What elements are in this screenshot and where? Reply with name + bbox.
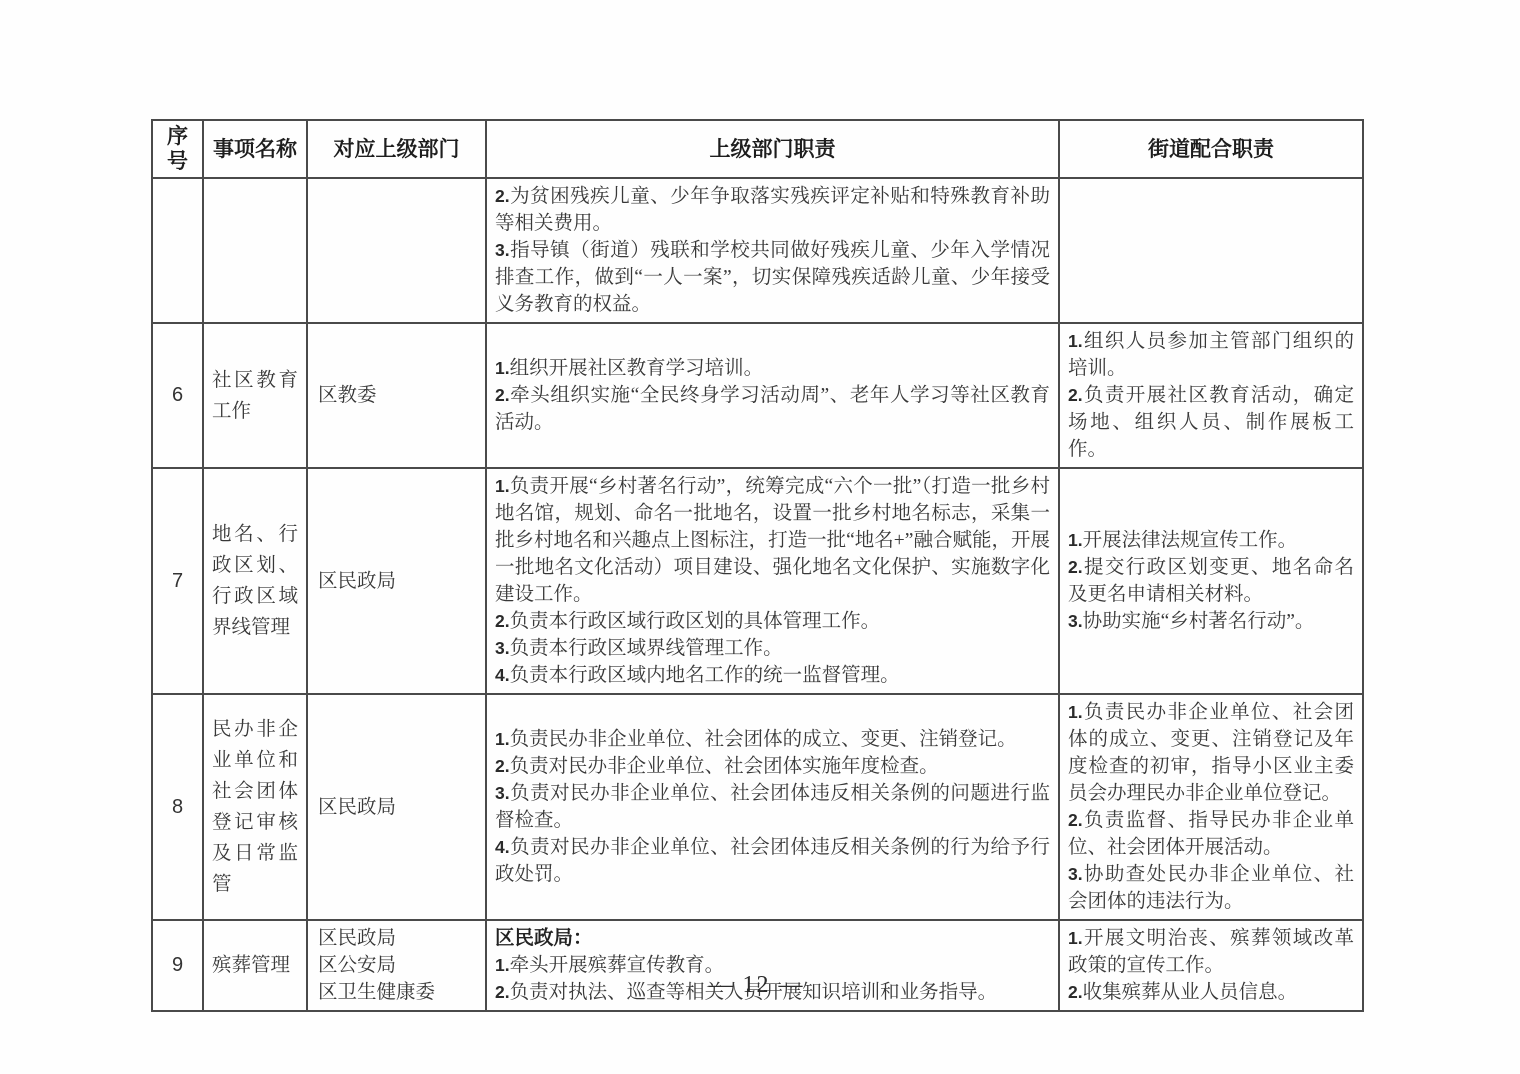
superior-duty-item: 1.负责民办非企业单位、社会团体的成立、变更、注销登记。	[495, 726, 1050, 753]
department-name: 区民政局	[318, 794, 475, 821]
street-duty-item: 3.协助查处民办非企业单位、社会团体的违法行为。	[1068, 861, 1354, 915]
department-name: 区教委	[318, 382, 475, 409]
duties-table: 序号 事项名称 对应上级部门 上级部门职责 街道配合职责 2.为贫困残疾儿童、少…	[151, 119, 1364, 1012]
column-header-street-duties: 街道配合职责	[1059, 120, 1363, 178]
duty-number: 1.	[1068, 928, 1083, 948]
superior-duty-item: 3.负责本行政区域界线管理工作。	[495, 635, 1050, 662]
cell-item-name	[203, 178, 307, 323]
superior-duty-item: 2.为贫困残疾儿童、少年争取落实残疾评定补贴和特殊教育补助等相关费用。	[495, 183, 1050, 237]
street-duty-item: 1.开展文明治丧、殡葬领域改革政策的宣传工作。	[1068, 925, 1354, 979]
duty-number: 1.	[495, 729, 510, 749]
street-duty-item: 3.协助实施“乡村著名行动”。	[1068, 608, 1354, 635]
column-header-item-name: 事项名称	[203, 120, 307, 178]
street-duty-item: 1.组织人员参加主管部门组织的培训。	[1068, 328, 1354, 382]
cell-street-duties: 1.组织人员参加主管部门组织的培训。2.负责开展社区教育活动，确定场地、组织人员…	[1059, 323, 1363, 468]
duty-number: 3.	[1068, 611, 1083, 631]
cell-seq: 6	[152, 323, 203, 468]
duty-number: 2.	[1068, 810, 1083, 830]
table-header-row: 序号 事项名称 对应上级部门 上级部门职责 街道配合职责	[152, 120, 1363, 178]
table-row: 7地名、行政区划、行政区域界线管理区民政局1.负责开展“乡村著名行动”，统筹完成…	[152, 468, 1363, 694]
duty-number: 2.	[495, 385, 510, 405]
page-number: — 12 —	[709, 972, 805, 998]
cell-superior-duties: 1.组织开展社区教育学习培训。2.牵头组织实施“全民终身学习活动周”、老年人学习…	[486, 323, 1059, 468]
duty-number: 3.	[495, 240, 510, 260]
cell-superior-dept: 区教委	[307, 323, 486, 468]
superior-duty-item: 2.负责对民办非企业单位、社会团体实施年度检查。	[495, 753, 1050, 780]
duty-number: 2.	[1068, 385, 1083, 405]
department-name: 区民政局	[318, 568, 475, 595]
duty-number: 1.	[495, 358, 510, 378]
duty-number: 2.	[495, 611, 510, 631]
table-row: 2.为贫困残疾儿童、少年争取落实残疾评定补贴和特殊教育补助等相关费用。3.指导镇…	[152, 178, 1363, 323]
duty-number: 2.	[495, 186, 510, 206]
cell-seq: 8	[152, 694, 203, 920]
duty-number: 1.	[1068, 331, 1083, 351]
table-row: 6社区教育工作区教委1.组织开展社区教育学习培训。2.牵头组织实施“全民终身学习…	[152, 323, 1363, 468]
cell-superior-duties: 2.为贫困残疾儿童、少年争取落实残疾评定补贴和特殊教育补助等相关费用。3.指导镇…	[486, 178, 1059, 323]
cell-seq: 7	[152, 468, 203, 694]
cell-street-duties	[1059, 178, 1363, 323]
column-header-superior-dept: 对应上级部门	[307, 120, 486, 178]
superior-duty-item: 3.指导镇（街道）残联和学校共同做好残疾儿童、少年入学情况排查工作，做到“一人一…	[495, 237, 1050, 318]
duty-number: 1.	[1068, 702, 1083, 722]
department-name: 区民政局	[318, 925, 475, 952]
duty-number: 2.	[495, 756, 510, 776]
cell-superior-duties: 1.负责开展“乡村著名行动”，统筹完成“六个一批”（打造一批乡村地名馆，规划、命…	[486, 468, 1059, 694]
item-name-text: 社区教育工作	[212, 365, 298, 427]
cell-superior-dept: 区民政局	[307, 468, 486, 694]
item-name-text: 地名、行政区划、行政区域界线管理	[212, 519, 298, 643]
duty-number: 2.	[1068, 557, 1083, 577]
cell-street-duties: 1.负责民办非企业单位、社会团体的成立、变更、注销登记及年度检查的初审，指导小区…	[1059, 694, 1363, 920]
superior-duty-item: 2.牵头组织实施“全民终身学习活动周”、老年人学习等社区教育活动。	[495, 382, 1050, 436]
superior-duties-lead: 区民政局：	[495, 925, 1050, 952]
duty-number: 3.	[495, 783, 510, 803]
cell-item-name: 社区教育工作	[203, 323, 307, 468]
street-duty-item: 2.负责开展社区教育活动，确定场地、组织人员、制作展板工作。	[1068, 382, 1354, 463]
duty-number: 1.	[495, 476, 510, 496]
duty-number: 4.	[495, 837, 510, 857]
street-duty-item: 2.负责监督、指导民办非企业单位、社会团体开展活动。	[1068, 807, 1354, 861]
cell-superior-duties: 1.负责民办非企业单位、社会团体的成立、变更、注销登记。2.负责对民办非企业单位…	[486, 694, 1059, 920]
cell-street-duties: 1.开展法律法规宣传工作。2.提交行政区划变更、地名命名及更名申请相关材料。3.…	[1059, 468, 1363, 694]
superior-duty-item: 4.负责本行政区域内地名工作的统一监督管理。	[495, 662, 1050, 689]
street-duty-item: 2.提交行政区划变更、地名命名及更名申请相关材料。	[1068, 554, 1354, 608]
item-name-text: 民办非企业单位和社会团体登记审核及日常监管	[212, 714, 298, 900]
street-duty-item: 1.负责民办非企业单位、社会团体的成立、变更、注销登记及年度检查的初审，指导小区…	[1068, 699, 1354, 807]
column-header-seq: 序号	[152, 120, 203, 178]
cell-superior-dept: 区民政局	[307, 694, 486, 920]
document-page: 序号 事项名称 对应上级部门 上级部门职责 街道配合职责 2.为贫困残疾儿童、少…	[0, 0, 1520, 1074]
table-row: 8民办非企业单位和社会团体登记审核及日常监管区民政局1.负责民办非企业单位、社会…	[152, 694, 1363, 920]
column-header-superior-duties: 上级部门职责	[486, 120, 1059, 178]
superior-duty-item: 2.负责本行政区域行政区划的具体管理工作。	[495, 608, 1050, 635]
superior-duty-item: 1.负责开展“乡村著名行动”，统筹完成“六个一批”（打造一批乡村地名馆，规划、命…	[495, 473, 1050, 608]
street-duty-item: 1.开展法律法规宣传工作。	[1068, 527, 1354, 554]
cell-item-name: 民办非企业单位和社会团体登记审核及日常监管	[203, 694, 307, 920]
page-footer: — 12 —	[151, 972, 1362, 999]
duty-number: 4.	[495, 665, 510, 685]
cell-item-name: 地名、行政区划、行政区域界线管理	[203, 468, 307, 694]
superior-duty-item: 4.负责对民办非企业单位、社会团体违反相关条例的行为给予行政处罚。	[495, 834, 1050, 888]
cell-seq	[152, 178, 203, 323]
superior-duty-item: 1.组织开展社区教育学习培训。	[495, 355, 1050, 382]
superior-duty-item: 3.负责对民办非企业单位、社会团体违反相关条例的问题进行监督检查。	[495, 780, 1050, 834]
duty-number: 3.	[495, 638, 510, 658]
cell-superior-dept	[307, 178, 486, 323]
duty-number: 3.	[1068, 864, 1083, 884]
duty-number: 1.	[1068, 530, 1083, 550]
